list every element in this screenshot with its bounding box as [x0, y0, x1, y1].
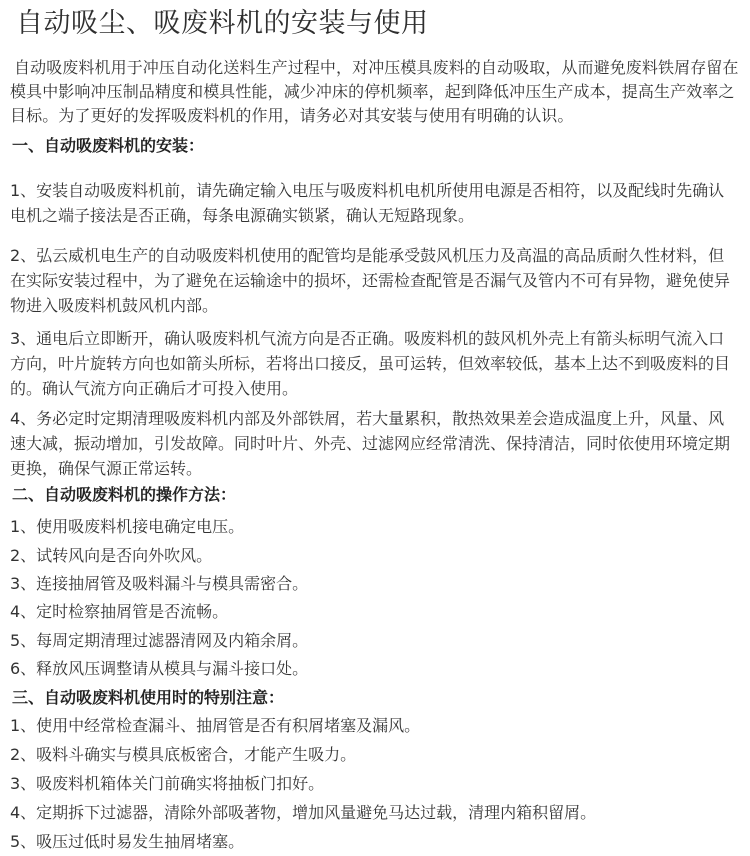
precaution-item: 5、吸压过低时易发生抽屑堵塞。 — [10, 830, 244, 854]
section-heading-operation: 二、自动吸废料机的操作方法： — [12, 482, 236, 508]
section-heading-precautions: 三、自动吸废料机使用时的特别注意： — [12, 685, 284, 711]
operation-item: 1、使用吸废料机接电确定电压。 — [10, 515, 244, 539]
precaution-item: 1、使用中经常检查漏斗、抽屑管是否有积屑堵塞及漏风。 — [10, 714, 420, 738]
operation-item: 2、试转风向是否向外吹风。 — [10, 544, 212, 568]
section-heading-installation: 一、自动吸废料机的安装： — [12, 133, 204, 159]
precaution-item: 4、定期拆下过滤器，清除外部吸著物，增加风量避免马达过载，清理内箱积留屑。 — [10, 801, 596, 825]
page-title: 自动吸尘、吸废料机的安装与使用 — [16, 4, 429, 44]
operation-item: 3、连接抽屑管及吸料漏斗与模具需密合。 — [10, 572, 308, 596]
intro-paragraph: 自动吸废料机用于冲压自动化送料生产过程中，对冲压模具废料的自动吸取，从而避免废料… — [10, 56, 740, 128]
operation-item: 6、释放风压调整请从模具与漏斗接口处。 — [10, 657, 308, 681]
installation-item: 4、务必定时定期清理吸废料机内部及外部铁屑，若大量累积，散热效果差会造成温度上升… — [10, 406, 740, 481]
installation-item: 1、安装自动吸废料机前，请先确定输入电压与吸废料机电机所使用电源是否相符，以及配… — [10, 178, 740, 228]
operation-item: 4、定时检察抽屑管是否流畅。 — [10, 600, 228, 624]
operation-item: 5、每周定期清理过滤器清网及内箱余屑。 — [10, 629, 308, 653]
precaution-item: 3、吸废料机箱体关门前确实将抽板门扣好。 — [10, 772, 324, 796]
precaution-item: 2、吸料斗确实与模具底板密合，才能产生吸力。 — [10, 743, 356, 767]
installation-item: 2、弘云威机电生产的自动吸废料机使用的配管均是能承受鼓风机压力及高温的高品质耐久… — [10, 243, 740, 318]
installation-item: 3、通电后立即断开，确认吸废料机气流方向是否正确。吸废料机的鼓风机外壳上有箭头标… — [10, 326, 740, 401]
